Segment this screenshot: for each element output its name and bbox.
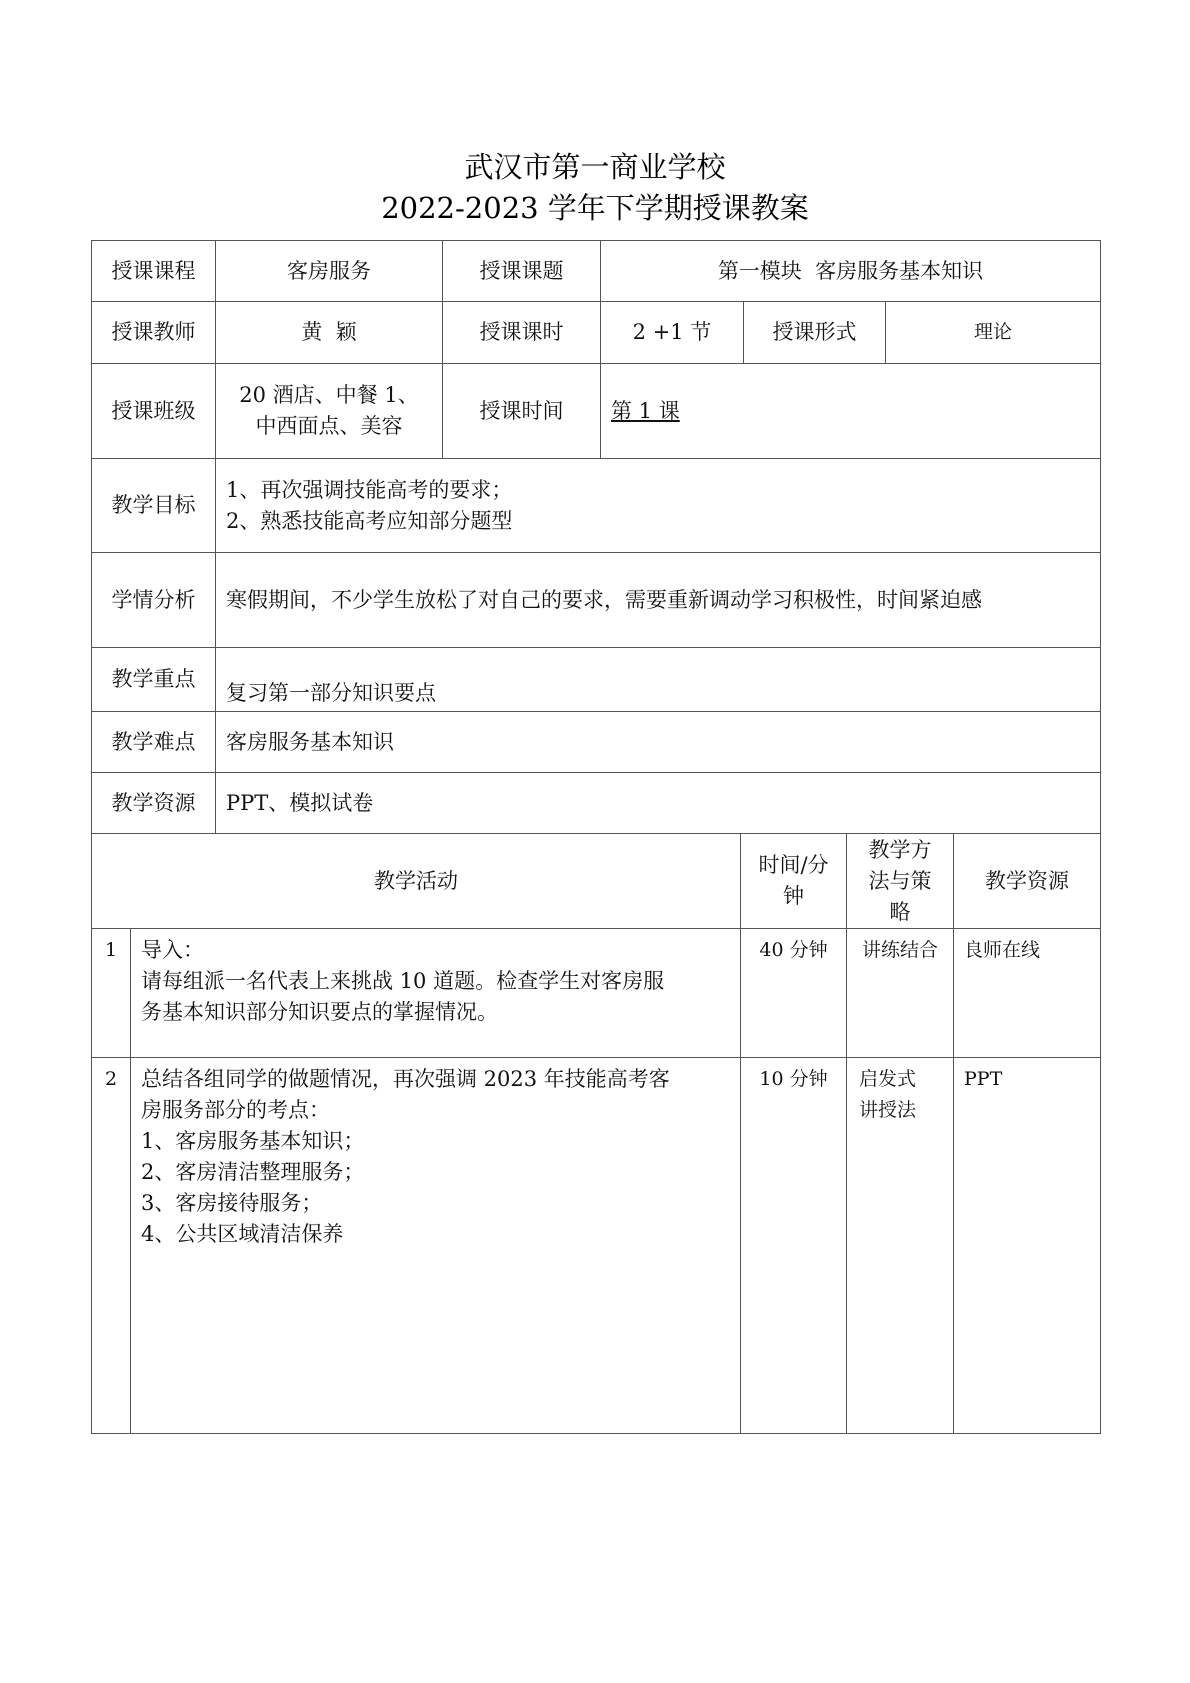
- activity-line: 务基本知识部分知识要点的掌握情况。: [141, 997, 730, 1028]
- document-title: 2022-2023 学年下学期授课教案: [0, 188, 1190, 228]
- method-line: 讲授法: [859, 1095, 949, 1126]
- resources-value: PPT、模拟试卷: [216, 773, 1101, 834]
- resource-header: 教学资源: [954, 834, 1101, 929]
- activity-header: 教学活动: [92, 834, 741, 929]
- row-resources: 教学资源 PPT、模拟试卷: [92, 773, 1101, 834]
- activity-line: 2、客房清洁整理服务；: [141, 1157, 730, 1188]
- class-value: 20 酒店、中餐 1、 中西面点、美容: [216, 364, 443, 459]
- difficulty-value: 客房服务基本知识: [216, 712, 1101, 773]
- row-course: 授课课程 客房服务 授课课题 第一模块 客房服务基本知识: [92, 241, 1101, 302]
- activity-line: 房服务部分的考点：: [141, 1095, 730, 1126]
- goal-item: 2、熟悉技能高考应知部分题型: [226, 506, 1090, 537]
- topic-label: 授课课题: [443, 241, 601, 302]
- method-line: 讲练结合: [851, 935, 949, 966]
- activity-line: 1、客房服务基本知识；: [141, 1126, 730, 1157]
- method-header-line1: 教学方: [851, 835, 949, 866]
- goals-value: 1、再次强调技能高考的要求； 2、熟悉技能高考应知部分题型: [216, 459, 1101, 553]
- time-header-line2: 钟: [751, 881, 836, 912]
- activity-number: 2: [92, 1058, 131, 1434]
- time-header: 时间/分 钟: [741, 834, 847, 929]
- difficulty-label: 教学难点: [92, 712, 216, 773]
- teacher-label: 授课教师: [92, 302, 216, 364]
- activities-header-row: 教学活动 时间/分 钟 教学方 法与策 略 教学资源: [92, 834, 1101, 929]
- activity-line: 4、公共区域清洁保养: [141, 1219, 730, 1250]
- method-line: 启发式: [859, 1064, 949, 1095]
- class-value-line1: 20 酒店、中餐 1、: [226, 380, 432, 411]
- time-value-text: 第 1 课: [611, 399, 680, 423]
- activity-method: 启发式 讲授法: [847, 1058, 954, 1434]
- method-header-line3: 略: [851, 897, 949, 928]
- activity-resource: PPT: [954, 1058, 1101, 1434]
- activity-time: 10 分钟: [741, 1058, 847, 1434]
- row-key: 教学重点 复习第一部分知识要点: [92, 648, 1101, 712]
- activity-content: 总结各组同学的做题情况，再次强调 2023 年技能高考客 房服务部分的考点： 1…: [131, 1058, 741, 1434]
- activity-line: 总结各组同学的做题情况，再次强调 2023 年技能高考客: [141, 1064, 730, 1095]
- school-name: 武汉市第一商业学校: [0, 147, 1190, 187]
- topic-value: 第一模块 客房服务基本知识: [601, 241, 1101, 302]
- goal-item: 1、再次强调技能高考的要求；: [226, 475, 1090, 506]
- resources-label: 教学资源: [92, 773, 216, 834]
- hours-label: 授课课时: [443, 302, 601, 364]
- form-label: 授课形式: [744, 302, 886, 364]
- teacher-value: 黄 颖: [216, 302, 443, 364]
- goals-label: 教学目标: [92, 459, 216, 553]
- activity-number: 1: [92, 929, 131, 1058]
- row-teacher: 授课教师 黄 颖 授课课时 2 +1 节 授课形式 理论: [92, 302, 1101, 364]
- course-value: 客房服务: [216, 241, 443, 302]
- course-label: 授课课程: [92, 241, 216, 302]
- activity-row-1: 1 导入： 请每组派一名代表上来挑战 10 道题。检查学生对客房服 务基本知识部…: [92, 929, 1101, 1058]
- activity-line: 导入：: [141, 935, 730, 966]
- row-difficulty: 教学难点 客房服务基本知识: [92, 712, 1101, 773]
- row-analysis: 学情分析 寒假期间，不少学生放松了对自己的要求，需要重新调动学习积极性，时间紧迫…: [92, 553, 1101, 648]
- activity-content: 导入： 请每组派一名代表上来挑战 10 道题。检查学生对客房服 务基本知识部分知…: [131, 929, 741, 1058]
- key-value: 复习第一部分知识要点: [216, 648, 1101, 712]
- hours-value: 2 +1 节: [601, 302, 744, 364]
- activity-resource: 良师在线: [954, 929, 1101, 1058]
- class-label: 授课班级: [92, 364, 216, 459]
- activity-row-2: 2 总结各组同学的做题情况，再次强调 2023 年技能高考客 房服务部分的考点：…: [92, 1058, 1101, 1434]
- method-header: 教学方 法与策 略: [847, 834, 954, 929]
- method-header-line2: 法与策: [851, 866, 949, 897]
- analysis-label: 学情分析: [92, 553, 216, 648]
- time-header-line1: 时间/分: [751, 850, 836, 881]
- row-class: 授课班级 20 酒店、中餐 1、 中西面点、美容 授课时间 第 1 课: [92, 364, 1101, 459]
- activity-method: 讲练结合: [847, 929, 954, 1058]
- row-goals: 教学目标 1、再次强调技能高考的要求； 2、熟悉技能高考应知部分题型: [92, 459, 1101, 553]
- class-value-line2: 中西面点、美容: [226, 411, 432, 442]
- time-label: 授课时间: [443, 364, 601, 459]
- activity-time: 40 分钟: [741, 929, 847, 1058]
- form-value: 理论: [886, 302, 1101, 364]
- activity-line: 3、客房接待服务；: [141, 1188, 730, 1219]
- analysis-value: 寒假期间，不少学生放松了对自己的要求，需要重新调动学习积极性，时间紧迫感: [216, 553, 1101, 648]
- activities-table: 教学活动 时间/分 钟 教学方 法与策 略 教学资源 1 导入： 请每组派一名代…: [91, 833, 1101, 1434]
- key-label: 教学重点: [92, 648, 216, 712]
- activity-line: 请每组派一名代表上来挑战 10 道题。检查学生对客房服: [141, 966, 730, 997]
- time-value: 第 1 课: [601, 364, 1101, 459]
- lesson-info-table: 授课课程 客房服务 授课课题 第一模块 客房服务基本知识 授课教师 黄 颖 授课…: [91, 240, 1101, 834]
